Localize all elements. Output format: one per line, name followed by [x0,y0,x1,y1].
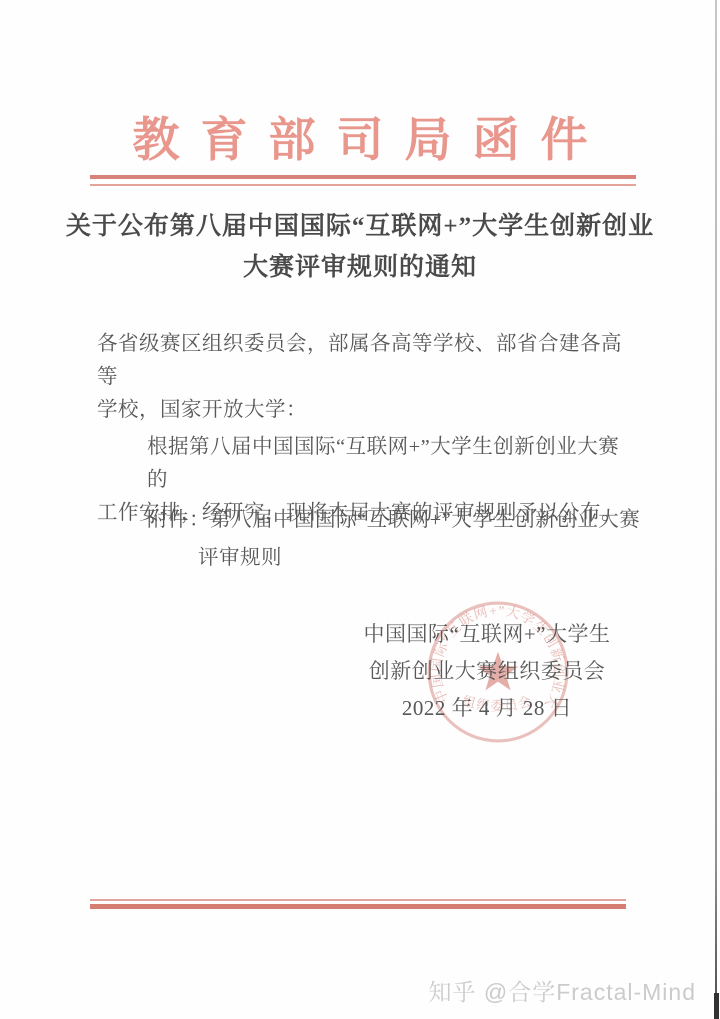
page-edge-mark [714,993,719,1019]
attachment-note: 附件：第八届中国国际“互联网+”大学生创新创业大赛 评审规则 [147,501,640,577]
notice-title-line2: 大赛评审规则的通知 [0,247,720,288]
watermark-credit: 知乎 @合学Fractal-Mind [428,974,696,1007]
body-line: 根据第八届中国国际“互联网+”大学生创新创业大赛的 [97,431,631,497]
body-line: 各省级赛区组织委员会，部属各高等学校、部省合建各高等 [97,328,631,394]
body-line: 学校，国家开放大学： [97,394,631,427]
red-rule-thick [90,904,626,909]
signature-date: 2022 年 4 月 28 日 [337,690,637,727]
red-separator-top [90,175,636,186]
body-text: 各省级赛区组织委员会，部属各高等学校、部省合建各高等 学校，国家开放大学： 根据… [97,328,631,530]
signature-org-line2: 创新创业大赛组织委员会 [337,653,637,690]
red-rule-thin [90,184,636,186]
signature-org-line1: 中国国际“互联网+”大学生 [337,616,637,653]
page-edge-line [715,0,717,1019]
signature-block: 中国国际“互联网+”大学生 创新创业大赛组织委员会 2022 年 4 月 28 … [337,616,637,727]
notice-title: 关于公布第八届中国国际“互联网+”大学生创新创业 大赛评审规则的通知 [0,206,720,288]
letterhead-title: 教育部司局函件 [0,103,720,170]
document-page: 教育部司局函件 关于公布第八届中国国际“互联网+”大学生创新创业 大赛评审规则的… [0,0,720,1019]
attachment-line2: 评审规则 [147,539,640,577]
attachment-line1: 附件：第八届中国国际“互联网+”大学生创新创业大赛 [147,501,640,539]
body-paragraph-recipients: 各省级赛区组织委员会，部属各高等学校、部省合建各高等 学校，国家开放大学： [97,328,631,427]
notice-title-line1: 关于公布第八届中国国际“互联网+”大学生创新创业 [0,206,720,247]
red-separator-bottom [90,899,626,909]
